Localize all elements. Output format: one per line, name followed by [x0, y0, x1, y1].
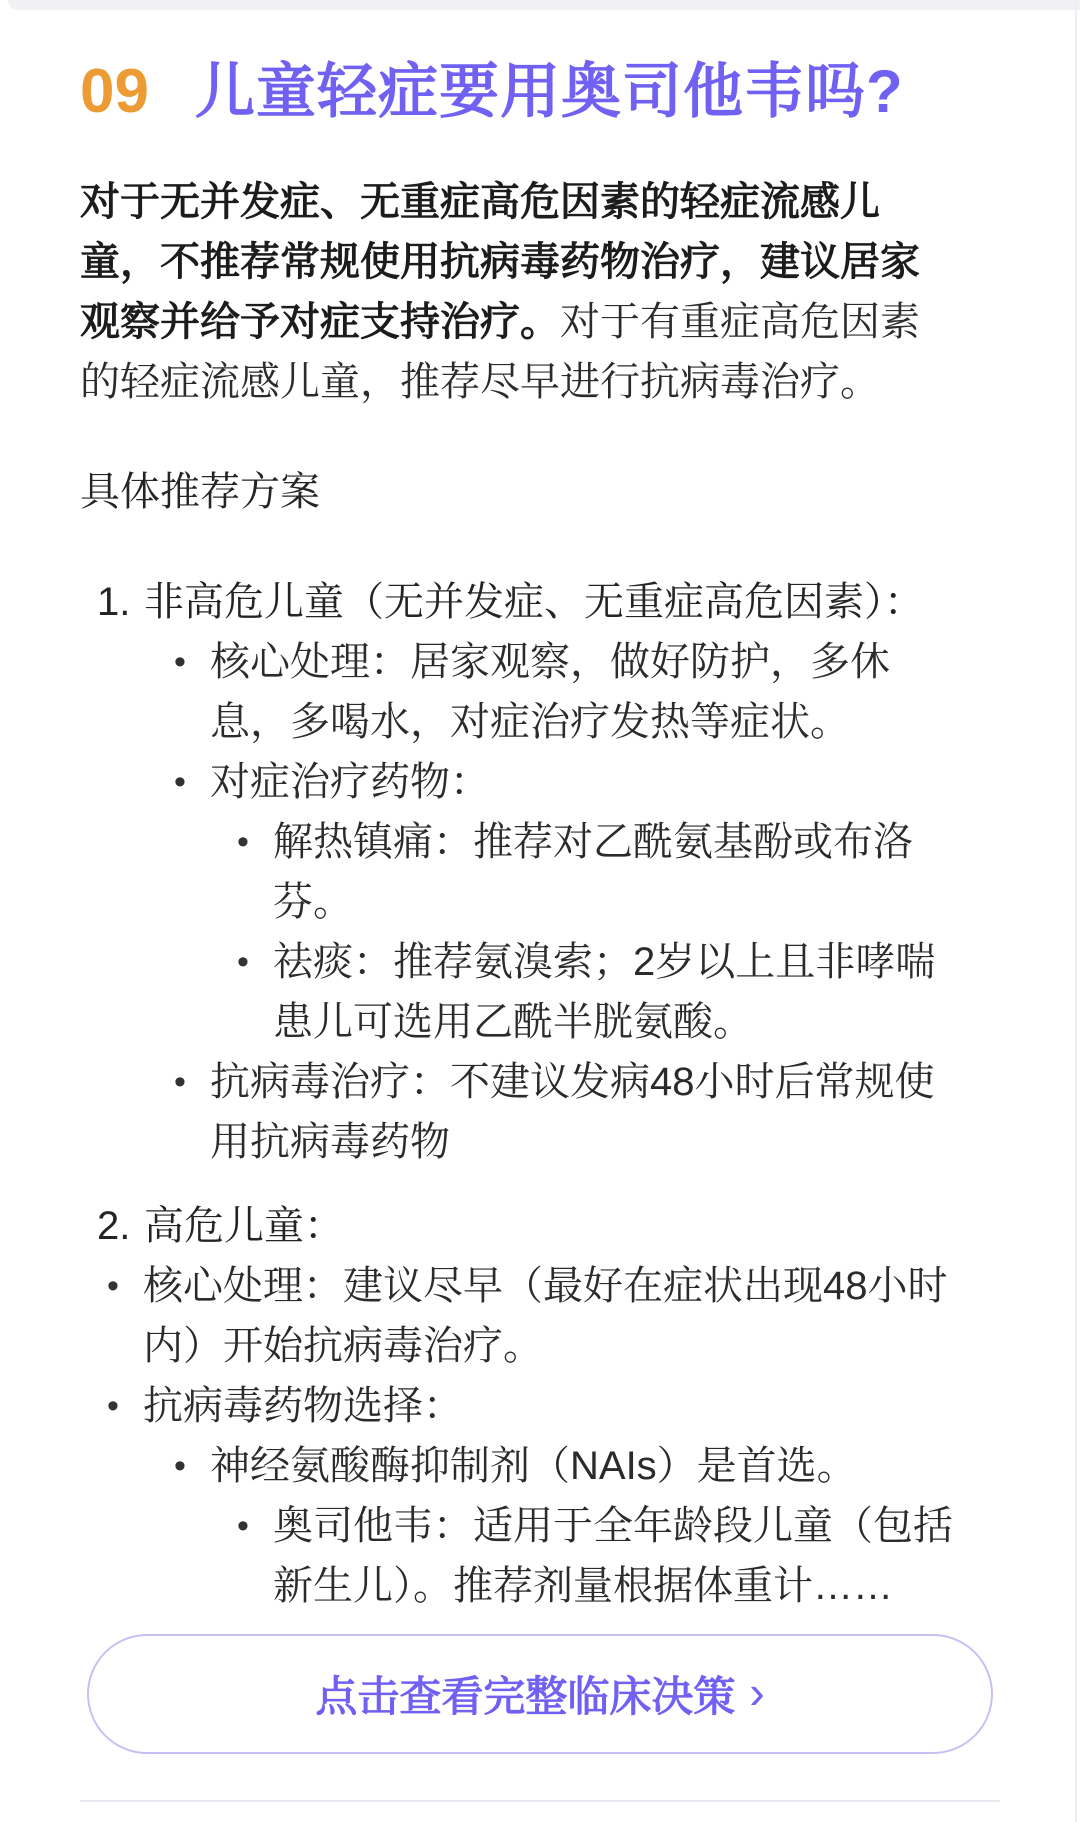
bullet-icon: •: [174, 1436, 210, 1496]
list-item-text: 祛痰：推荐氨溴索；2岁以上且非哮喘 患儿可选用乙酰半胱氨酸。: [273, 932, 1000, 1052]
list-item: •对症治疗药物：: [80, 752, 1000, 812]
list-section-label: 高危儿童：: [144, 1196, 344, 1256]
bullet-icon: •: [237, 812, 273, 932]
list-item-text: 抗病毒药物选择：: [143, 1376, 1000, 1436]
list-item: •核心处理：建议尽早（最好在症状出现48小时 内）开始抗病毒治疗。: [80, 1256, 1000, 1376]
question-number-badge: 09: [80, 52, 149, 132]
summary-paragraph: 对于无并发症、无重症高危因素的轻症流感儿 童，不推荐常规使用抗病毒药物治疗，建议…: [80, 172, 1000, 412]
list-item: •抗病毒治疗：不建议发病48小时后常规使 用抗病毒药物: [80, 1052, 1000, 1172]
list-section-number: 2.: [97, 1196, 144, 1256]
plan-heading: 具体推荐方案: [80, 462, 1000, 522]
list-item: •奥司他韦：适用于全年龄段儿童（包括 新生儿）。推荐剂量根据体重计……: [80, 1496, 1000, 1616]
list-item-text: 神经氨酸酶抑制剂（NAIs）是首选。: [210, 1436, 1000, 1496]
bullet-icon: •: [174, 1052, 210, 1172]
list-item: •核心处理：居家观察，做好防护，多休 息，多喝水，对症治疗发热等症状。: [80, 632, 1000, 752]
bullet-icon: •: [107, 1376, 143, 1436]
card-right-edge: [1075, 0, 1077, 1822]
list-section: 2.高危儿童：•核心处理：建议尽早（最好在症状出现48小时 内）开始抗病毒治疗。…: [80, 1196, 1000, 1616]
list-section-label: 非高危儿童（无并发症、无重症高危因素）：: [144, 572, 924, 632]
list-item-text: 抗病毒治疗：不建议发病48小时后常规使 用抗病毒药物: [210, 1052, 1000, 1172]
cta-label: 点击查看完整临床决策: [315, 1664, 735, 1724]
list-item: •抗病毒药物选择：: [80, 1376, 1000, 1436]
question-title: 儿童轻症要用奥司他韦吗?: [195, 52, 904, 132]
list-item-text: 核心处理：居家观察，做好防护，多休 息，多喝水，对症治疗发热等症状。: [210, 632, 1000, 752]
question-header: 09 儿童轻症要用奥司他韦吗?: [80, 52, 1000, 132]
bullet-icon: •: [174, 752, 210, 812]
list-item: •解热镇痛：推荐对乙酰氨基酚或布洛 芬。: [80, 812, 1000, 932]
card-content: 09 儿童轻症要用奥司他韦吗? 对于无并发症、无重症高危因素的轻症流感儿 童，不…: [0, 52, 1080, 1802]
flu-qa-card: 09 儿童轻症要用奥司他韦吗? 对于无并发症、无重症高危因素的轻症流感儿 童，不…: [0, 0, 1080, 1822]
list-item-text: 核心处理：建议尽早（最好在症状出现48小时 内）开始抗病毒治疗。: [143, 1256, 1000, 1376]
list-section-heading: 1.非高危儿童（无并发症、无重症高危因素）：: [80, 572, 1000, 632]
list-section-heading: 2.高危儿童：: [80, 1196, 1000, 1256]
bullet-icon: •: [237, 932, 273, 1052]
bullet-icon: •: [237, 1496, 273, 1616]
list-item-text: 解热镇痛：推荐对乙酰氨基酚或布洛 芬。: [273, 812, 1000, 932]
recommendation-list: 1.非高危儿童（无并发症、无重症高危因素）：•核心处理：居家观察，做好防护，多休…: [80, 572, 1000, 1616]
chevron-right-icon: ›: [749, 1669, 764, 1715]
view-full-decision-button[interactable]: 点击查看完整临床决策 ›: [87, 1634, 993, 1754]
card-top-edge: [8, 0, 1080, 10]
list-section-number: 1.: [97, 572, 144, 632]
list-item: •祛痰：推荐氨溴索；2岁以上且非哮喘 患儿可选用乙酰半胱氨酸。: [80, 932, 1000, 1052]
bottom-divider: [80, 1800, 1000, 1802]
list-item-text: 对症治疗药物：: [210, 752, 1000, 812]
list-section: 1.非高危儿童（无并发症、无重症高危因素）：•核心处理：居家观察，做好防护，多休…: [80, 572, 1000, 1172]
list-item-text: 奥司他韦：适用于全年龄段儿童（包括 新生儿）。推荐剂量根据体重计……: [273, 1496, 1000, 1616]
list-item: •神经氨酸酶抑制剂（NAIs）是首选。: [80, 1436, 1000, 1496]
bullet-icon: •: [174, 632, 210, 752]
bullet-icon: •: [107, 1256, 143, 1376]
